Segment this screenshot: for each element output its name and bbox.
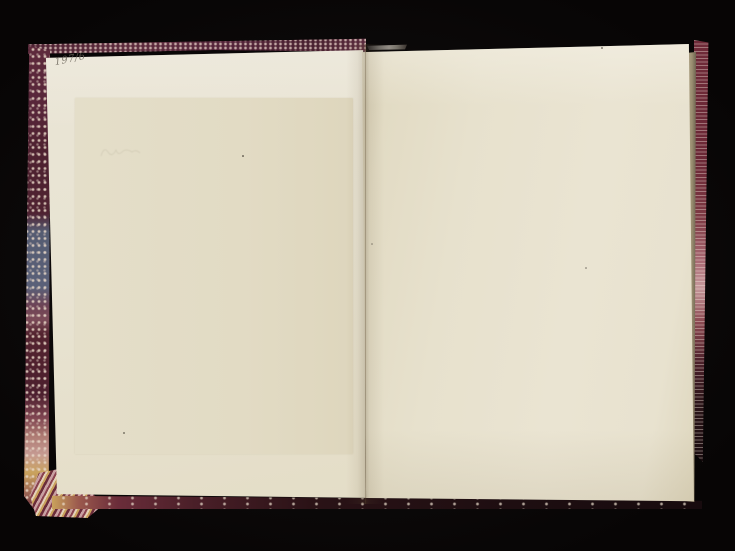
dust-speck (123, 432, 125, 434)
right-flyleaf-page (360, 41, 698, 504)
gutter-shadow (346, 44, 384, 504)
dust-speck (242, 155, 244, 157)
marbled-cover-right-edge (694, 40, 710, 466)
dust-speck (371, 243, 373, 245)
dust-speck (585, 267, 587, 269)
left-endpaper-page (44, 46, 368, 501)
pencil-smudge (98, 140, 148, 168)
pencil-smudge-svg (98, 140, 148, 164)
photograph-background: 197/6 (0, 0, 735, 551)
marbled-cover-left-edge (24, 46, 50, 510)
dust-speck (601, 47, 603, 49)
